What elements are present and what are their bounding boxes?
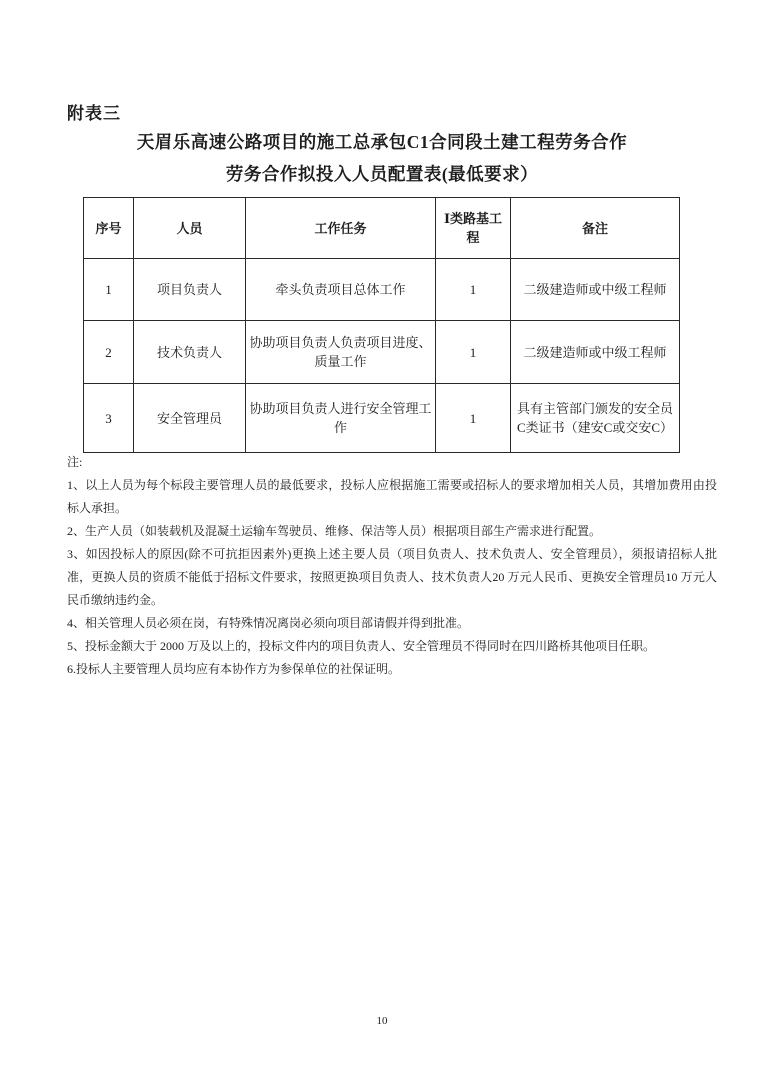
document-title-line-1: 天眉乐高速公路项目的施工总承包C1合同段土建工程劳务合作: [0, 129, 764, 154]
table-row: 3 安全管理员 协助项目负责人进行安全管理工作 1 具有主管部门颁发的安全员C类…: [84, 384, 680, 453]
cell-count: 1: [436, 321, 511, 384]
cell-task: 协助项目负责人进行安全管理工作: [246, 384, 436, 453]
column-header-remark: 备注: [511, 198, 680, 259]
table-row: 2 技术负责人 协助项目负责人负责项目进度、质量工作 1 二级建造师或中级工程师: [84, 321, 680, 384]
cell-remark: 二级建造师或中级工程师: [511, 259, 680, 321]
note-item-2: 2、生产人员（如装载机及混凝土运输车驾驶员、维修、保洁等人员）根据项目部生产需求…: [67, 520, 717, 543]
note-item-3: 3、如因投标人的原因(除不可抗拒因素外)更换上述主要人员（项目负责人、技术负责人…: [67, 543, 717, 612]
cell-task: 协助项目负责人负责项目进度、质量工作: [246, 321, 436, 384]
cell-person: 技术负责人: [134, 321, 246, 384]
table-header-row: 序号 人员 工作任务 Ⅰ类路基工程 备注: [84, 198, 680, 259]
note-item-4: 4、相关管理人员必须在岗，有特殊情况离岗必须向项目部请假并得到批准。: [67, 612, 717, 635]
note-item-1: 1、以上人员为每个标段主要管理人员的最低要求，投标人应根据施工需要或招标人的要求…: [67, 474, 717, 520]
cell-remark: 二级建造师或中级工程师: [511, 321, 680, 384]
notes-label: 注:: [67, 451, 717, 474]
cell-count: 1: [436, 259, 511, 321]
table-row: 1 项目负责人 牵头负责项目总体工作 1 二级建造师或中级工程师: [84, 259, 680, 321]
column-header-seq: 序号: [84, 198, 134, 259]
cell-person: 安全管理员: [134, 384, 246, 453]
cell-seq: 3: [84, 384, 134, 453]
cell-task: 牵头负责项目总体工作: [246, 259, 436, 321]
notes-section: 注: 1、以上人员为每个标段主要管理人员的最低要求，投标人应根据施工需要或招标人…: [67, 451, 717, 681]
cell-seq: 1: [84, 259, 134, 321]
personnel-table: 序号 人员 工作任务 Ⅰ类路基工程 备注 1 项目负责人 牵头负责项目总体工作 …: [83, 197, 680, 453]
column-header-person: 人员: [134, 198, 246, 259]
cell-count: 1: [436, 384, 511, 453]
document-page: 附表三 天眉乐高速公路项目的施工总承包C1合同段土建工程劳务合作 劳务合作拟投入…: [0, 0, 764, 1080]
column-header-task: 工作任务: [246, 198, 436, 259]
cell-remark: 具有主管部门颁发的安全员C类证书（建安C或交安C）: [511, 384, 680, 453]
note-item-5: 5、投标金额大于 2000 万及以上的，投标文件内的项目负责人、安全管理员不得同…: [67, 635, 717, 658]
note-item-6: 6.投标人主要管理人员均应有本协作方为参保单位的社保证明。: [67, 658, 717, 681]
appendix-label: 附表三: [67, 99, 121, 124]
cell-person: 项目负责人: [134, 259, 246, 321]
column-header-roadworks: Ⅰ类路基工程: [436, 198, 511, 259]
page-number: 10: [0, 1015, 764, 1027]
cell-seq: 2: [84, 321, 134, 384]
document-title-line-2: 劳务合作拟投入人员配置表(最低要求）: [0, 161, 764, 186]
